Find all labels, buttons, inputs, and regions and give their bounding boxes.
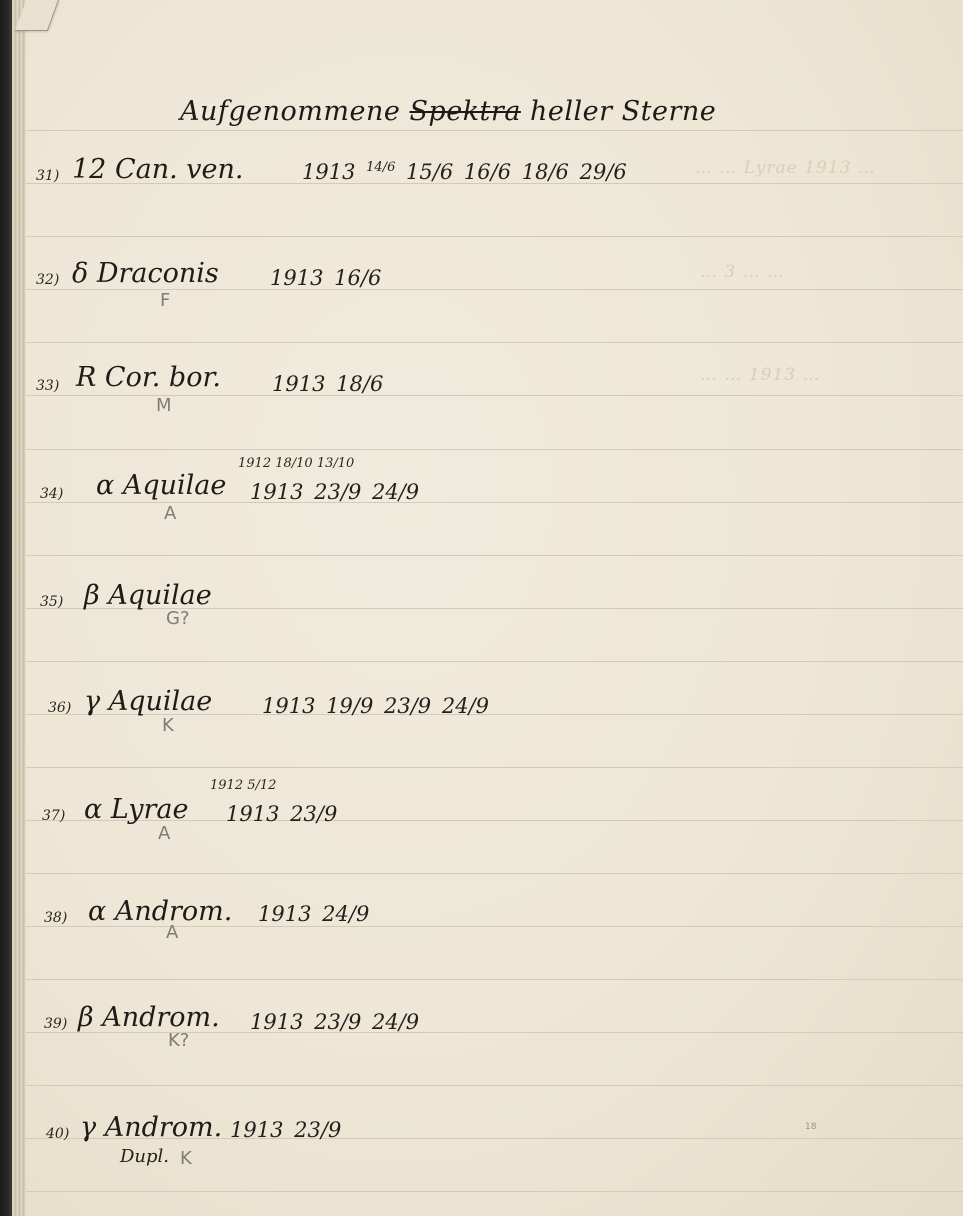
spectral-class: K? (168, 1030, 189, 1051)
year: 1913 (262, 694, 315, 718)
duplicate-note: Dupl. (120, 1146, 169, 1167)
star-name: γ Androm. (80, 1112, 222, 1143)
observation-dates: 1913 23/9 24/9 (250, 480, 419, 504)
stray-mark: 18 (805, 1122, 816, 1132)
date: 29/6 (580, 160, 627, 184)
ruled-line (26, 979, 963, 980)
star-name: α Lyrae (84, 794, 189, 825)
bleed-through-text: … … 1913 … (700, 365, 820, 385)
date: 16/6 (464, 160, 511, 184)
spectral-class: K (180, 1148, 192, 1169)
bleed-through-text: … 3 … … (700, 262, 785, 282)
date: 23/9 (314, 1010, 361, 1034)
ruled-line (26, 873, 963, 874)
date: 24/9 (322, 902, 369, 926)
observation-dates: 1913 19/9 23/9 24/9 (262, 694, 489, 718)
entry-number: 36) (48, 700, 71, 716)
observation-dates: 1913 18/6 (272, 372, 383, 396)
date: 18/6 (522, 160, 569, 184)
entry-number: 37) (42, 808, 65, 824)
date: 14/6 (366, 160, 395, 175)
entry-number: 32) (36, 272, 59, 288)
ruled-line (26, 555, 963, 556)
observation-dates: 1913 14/6 15/6 16/6 18/6 29/6 (302, 160, 627, 184)
ruled-line (26, 236, 963, 237)
star-name: γ Aquilae (84, 686, 212, 717)
date: 23/9 (290, 802, 337, 826)
title-struck-word: Spektra (409, 96, 520, 127)
bleed-through-text: … … Lyrae 1913 … (695, 158, 876, 178)
spectral-class: M (156, 395, 172, 416)
star-name: α Androm. (88, 896, 232, 927)
page-title: Aufgenommene Spektra heller Sterne (180, 96, 716, 127)
ruled-line (26, 449, 963, 450)
date: 24/9 (372, 480, 419, 504)
year: 1913 (258, 902, 311, 926)
earlier-observations: 1912 18/10 13/10 (238, 456, 354, 471)
date: 24/9 (442, 694, 489, 718)
ruled-line (26, 342, 963, 343)
star-name: 12 Can. ven. (72, 154, 243, 185)
date: 23/9 (294, 1118, 341, 1142)
date: 24/9 (372, 1010, 419, 1034)
star-name: α Aquilae (96, 470, 226, 501)
entry-number: 38) (44, 910, 67, 926)
title-prefix: Aufgenommene (180, 96, 400, 127)
star-name: β Aquilae (84, 580, 212, 611)
date: 23/9 (384, 694, 431, 718)
entry-number: 31) (36, 168, 59, 184)
star-name: δ Draconis (72, 258, 219, 289)
year: 1913 (270, 266, 323, 290)
earlier-observations: 1912 5/12 (210, 778, 276, 793)
observation-dates: 1913 23/9 (226, 802, 337, 826)
date: 15/6 (406, 160, 453, 184)
title-suffix: heller Sterne (530, 96, 716, 127)
year: 1913 (250, 480, 303, 504)
year: 1913 (302, 160, 355, 184)
year: 1913 (230, 1118, 283, 1142)
year: 1913 (250, 1010, 303, 1034)
ruled-line (26, 130, 963, 131)
observation-dates: 1913 16/6 (270, 266, 381, 290)
observation-dates: 1913 23/9 (230, 1118, 341, 1142)
spectral-class: A (158, 823, 170, 844)
ruled-line (26, 1191, 963, 1192)
ruled-line (26, 767, 963, 768)
entry-number: 40) (46, 1126, 69, 1142)
year: 1913 (226, 802, 279, 826)
spectral-class: K (162, 715, 174, 736)
spectral-class: F (160, 290, 170, 311)
date: 18/6 (336, 372, 383, 396)
star-name: R Cor. bor. (76, 362, 221, 393)
entry-number: 33) (36, 378, 59, 394)
date: 16/6 (334, 266, 381, 290)
entry-number: 34) (40, 486, 63, 502)
entry-number: 35) (40, 594, 63, 610)
ruled-line (26, 661, 963, 662)
date: 23/9 (314, 480, 361, 504)
star-name: β Androm. (78, 1002, 220, 1033)
spectral-class: G? (166, 608, 190, 629)
observation-dates: 1913 23/9 24/9 (250, 1010, 419, 1034)
entry-number: 39) (44, 1016, 67, 1032)
ruled-line (26, 1085, 963, 1086)
year: 1913 (272, 372, 325, 396)
spectral-class: A (166, 922, 178, 943)
spectral-class: A (164, 503, 176, 524)
observation-dates: 1913 24/9 (258, 902, 369, 926)
date: 19/9 (326, 694, 373, 718)
